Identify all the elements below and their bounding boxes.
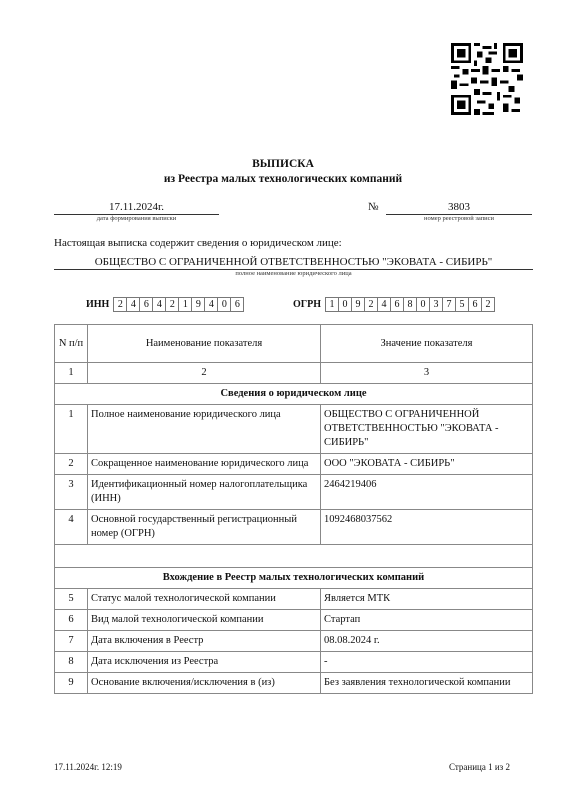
row-value: Является МТК [321, 589, 533, 610]
ogrn-digit: 7 [443, 297, 456, 312]
column-numbers-row: 1 2 3 [55, 363, 533, 384]
table-row: 1Полное наименование юридического лицаОБ… [55, 405, 533, 454]
ogrn-label: ОГРН [293, 299, 321, 310]
row-name: Дата исключения из Реестра [88, 652, 321, 673]
table-row: 7Дата включения в Реестр08.08.2024 г. [55, 631, 533, 652]
row-value: ООО "ЭКОВАТА - СИБИРЬ" [321, 454, 533, 475]
inn-digit: 2 [166, 297, 179, 312]
number-caption: номер реестровой записи [386, 215, 532, 222]
row-name: Идентификационный номер налогоплательщик… [88, 475, 321, 510]
section-title: Вхождение в Реестр малых технологических… [55, 568, 533, 589]
inn-code: ИНН 2464219406 [86, 297, 244, 312]
footer-page-number: Страница 1 из 2 [449, 762, 510, 772]
ogrn-digit: 2 [365, 297, 378, 312]
row-name: Дата включения в Реестр [88, 631, 321, 652]
table-row: 3Идентификационный номер налогоплательщи… [55, 475, 533, 510]
date-block: 17.11.2024г. дата формирования выписки [54, 201, 219, 222]
inn-digit: 0 [218, 297, 231, 312]
ogrn-code: ОГРН 1092468037562 [293, 297, 495, 312]
number-block: 3803 номер реестровой записи [386, 201, 532, 222]
ogrn-digit: 5 [456, 297, 469, 312]
ogrn-digit: 0 [417, 297, 430, 312]
inn-digit: 6 [140, 297, 153, 312]
row-name: Статус малой технологической компании [88, 589, 321, 610]
ogrn-digit: 4 [378, 297, 391, 312]
number-sign: № [368, 201, 379, 213]
col-number-2: 2 [88, 363, 321, 384]
ogrn-digit: 8 [404, 297, 417, 312]
ogrn-digit: 2 [482, 297, 495, 312]
row-number: 6 [55, 610, 88, 631]
inn-digit: 2 [113, 297, 127, 312]
ogrn-digit: 6 [469, 297, 482, 312]
inn-digit: 9 [192, 297, 205, 312]
entity-caption: полное наименование юридического лица [54, 270, 533, 277]
row-number: 3 [55, 475, 88, 510]
row-value: 2464219406 [321, 475, 533, 510]
table-row: 4Основной государственный регистрационны… [55, 510, 533, 545]
table-row: 5Статус малой технологической компанииЯв… [55, 589, 533, 610]
inn-digit: 4 [205, 297, 218, 312]
table-row: 6Вид малой технологической компанииСтарт… [55, 610, 533, 631]
row-number: 5 [55, 589, 88, 610]
ogrn-digits: 1092468037562 [325, 297, 495, 312]
row-value: Стартап [321, 610, 533, 631]
ogrn-digit: 6 [391, 297, 404, 312]
row-number: 8 [55, 652, 88, 673]
section-legal-entity: Сведения о юридическом лице [55, 384, 533, 405]
section-registry-inclusion: Вхождение в Реестр малых технологических… [55, 568, 533, 589]
header-name: Наименование показателя [88, 325, 321, 363]
table-row: 2Сокращенное наименование юридического л… [55, 454, 533, 475]
header-value: Значение показателя [321, 325, 533, 363]
inn-digit: 6 [231, 297, 244, 312]
ogrn-digit: 3 [430, 297, 443, 312]
inn-digit: 4 [153, 297, 166, 312]
col-number-3: 3 [321, 363, 533, 384]
inn-digit: 1 [179, 297, 192, 312]
intro-text: Настоящая выписка содержит сведения о юр… [54, 237, 342, 249]
row-value: ОБЩЕСТВО С ОГРАНИЧЕННОЙ ОТВЕТСТВЕННОСТЬЮ… [321, 405, 533, 454]
date-caption: дата формирования выписки [54, 215, 219, 222]
table-row: 9Основание включения/исключения в (из)Бе… [55, 673, 533, 694]
qr-code-icon [446, 43, 528, 115]
row-number: 2 [55, 454, 88, 475]
row-number: 1 [55, 405, 88, 454]
row-name: Вид малой технологической компании [88, 610, 321, 631]
table-header-row: N п/п Наименование показателя Значение п… [55, 325, 533, 363]
registry-table: N п/п Наименование показателя Значение п… [54, 324, 533, 694]
header-number: N п/п [55, 325, 88, 363]
blank-row [55, 545, 533, 568]
entity-block: ОБЩЕСТВО С ОГРАНИЧЕННОЙ ОТВЕТСТВЕННОСТЬЮ… [54, 256, 533, 277]
date-field: 17.11.2024г. [54, 201, 219, 215]
row-name: Полное наименование юридического лица [88, 405, 321, 454]
table-row: 8Дата исключения из Реестра- [55, 652, 533, 673]
row-value: Без заявления технологической компании [321, 673, 533, 694]
row-number: 4 [55, 510, 88, 545]
row-value: 08.08.2024 г. [321, 631, 533, 652]
title-line: ВЫПИСКА [0, 157, 566, 172]
row-number: 9 [55, 673, 88, 694]
ogrn-digit: 9 [352, 297, 365, 312]
document-title: ВЫПИСКА из Реестра малых технологических… [0, 157, 566, 187]
section-title: Сведения о юридическом лице [55, 384, 533, 405]
footer-timestamp: 17.11.2024г. 12:19 [54, 762, 122, 772]
subtitle-line: из Реестра малых технологических компани… [0, 172, 566, 187]
entity-name-field: ОБЩЕСТВО С ОГРАНИЧЕННОЙ ОТВЕТСТВЕННОСТЬЮ… [54, 256, 533, 270]
inn-digit: 4 [127, 297, 140, 312]
inn-label: ИНН [86, 299, 109, 310]
row-number: 7 [55, 631, 88, 652]
row-name: Основной государственный регистрационный… [88, 510, 321, 545]
number-field: 3803 [386, 201, 532, 215]
row-name: Сокращенное наименование юридического ли… [88, 454, 321, 475]
row-name: Основание включения/исключения в (из) [88, 673, 321, 694]
row-value: - [321, 652, 533, 673]
row-value: 1092468037562 [321, 510, 533, 545]
inn-digits: 2464219406 [113, 297, 244, 312]
ogrn-digit: 0 [339, 297, 352, 312]
col-number-1: 1 [55, 363, 88, 384]
ogrn-digit: 1 [325, 297, 339, 312]
